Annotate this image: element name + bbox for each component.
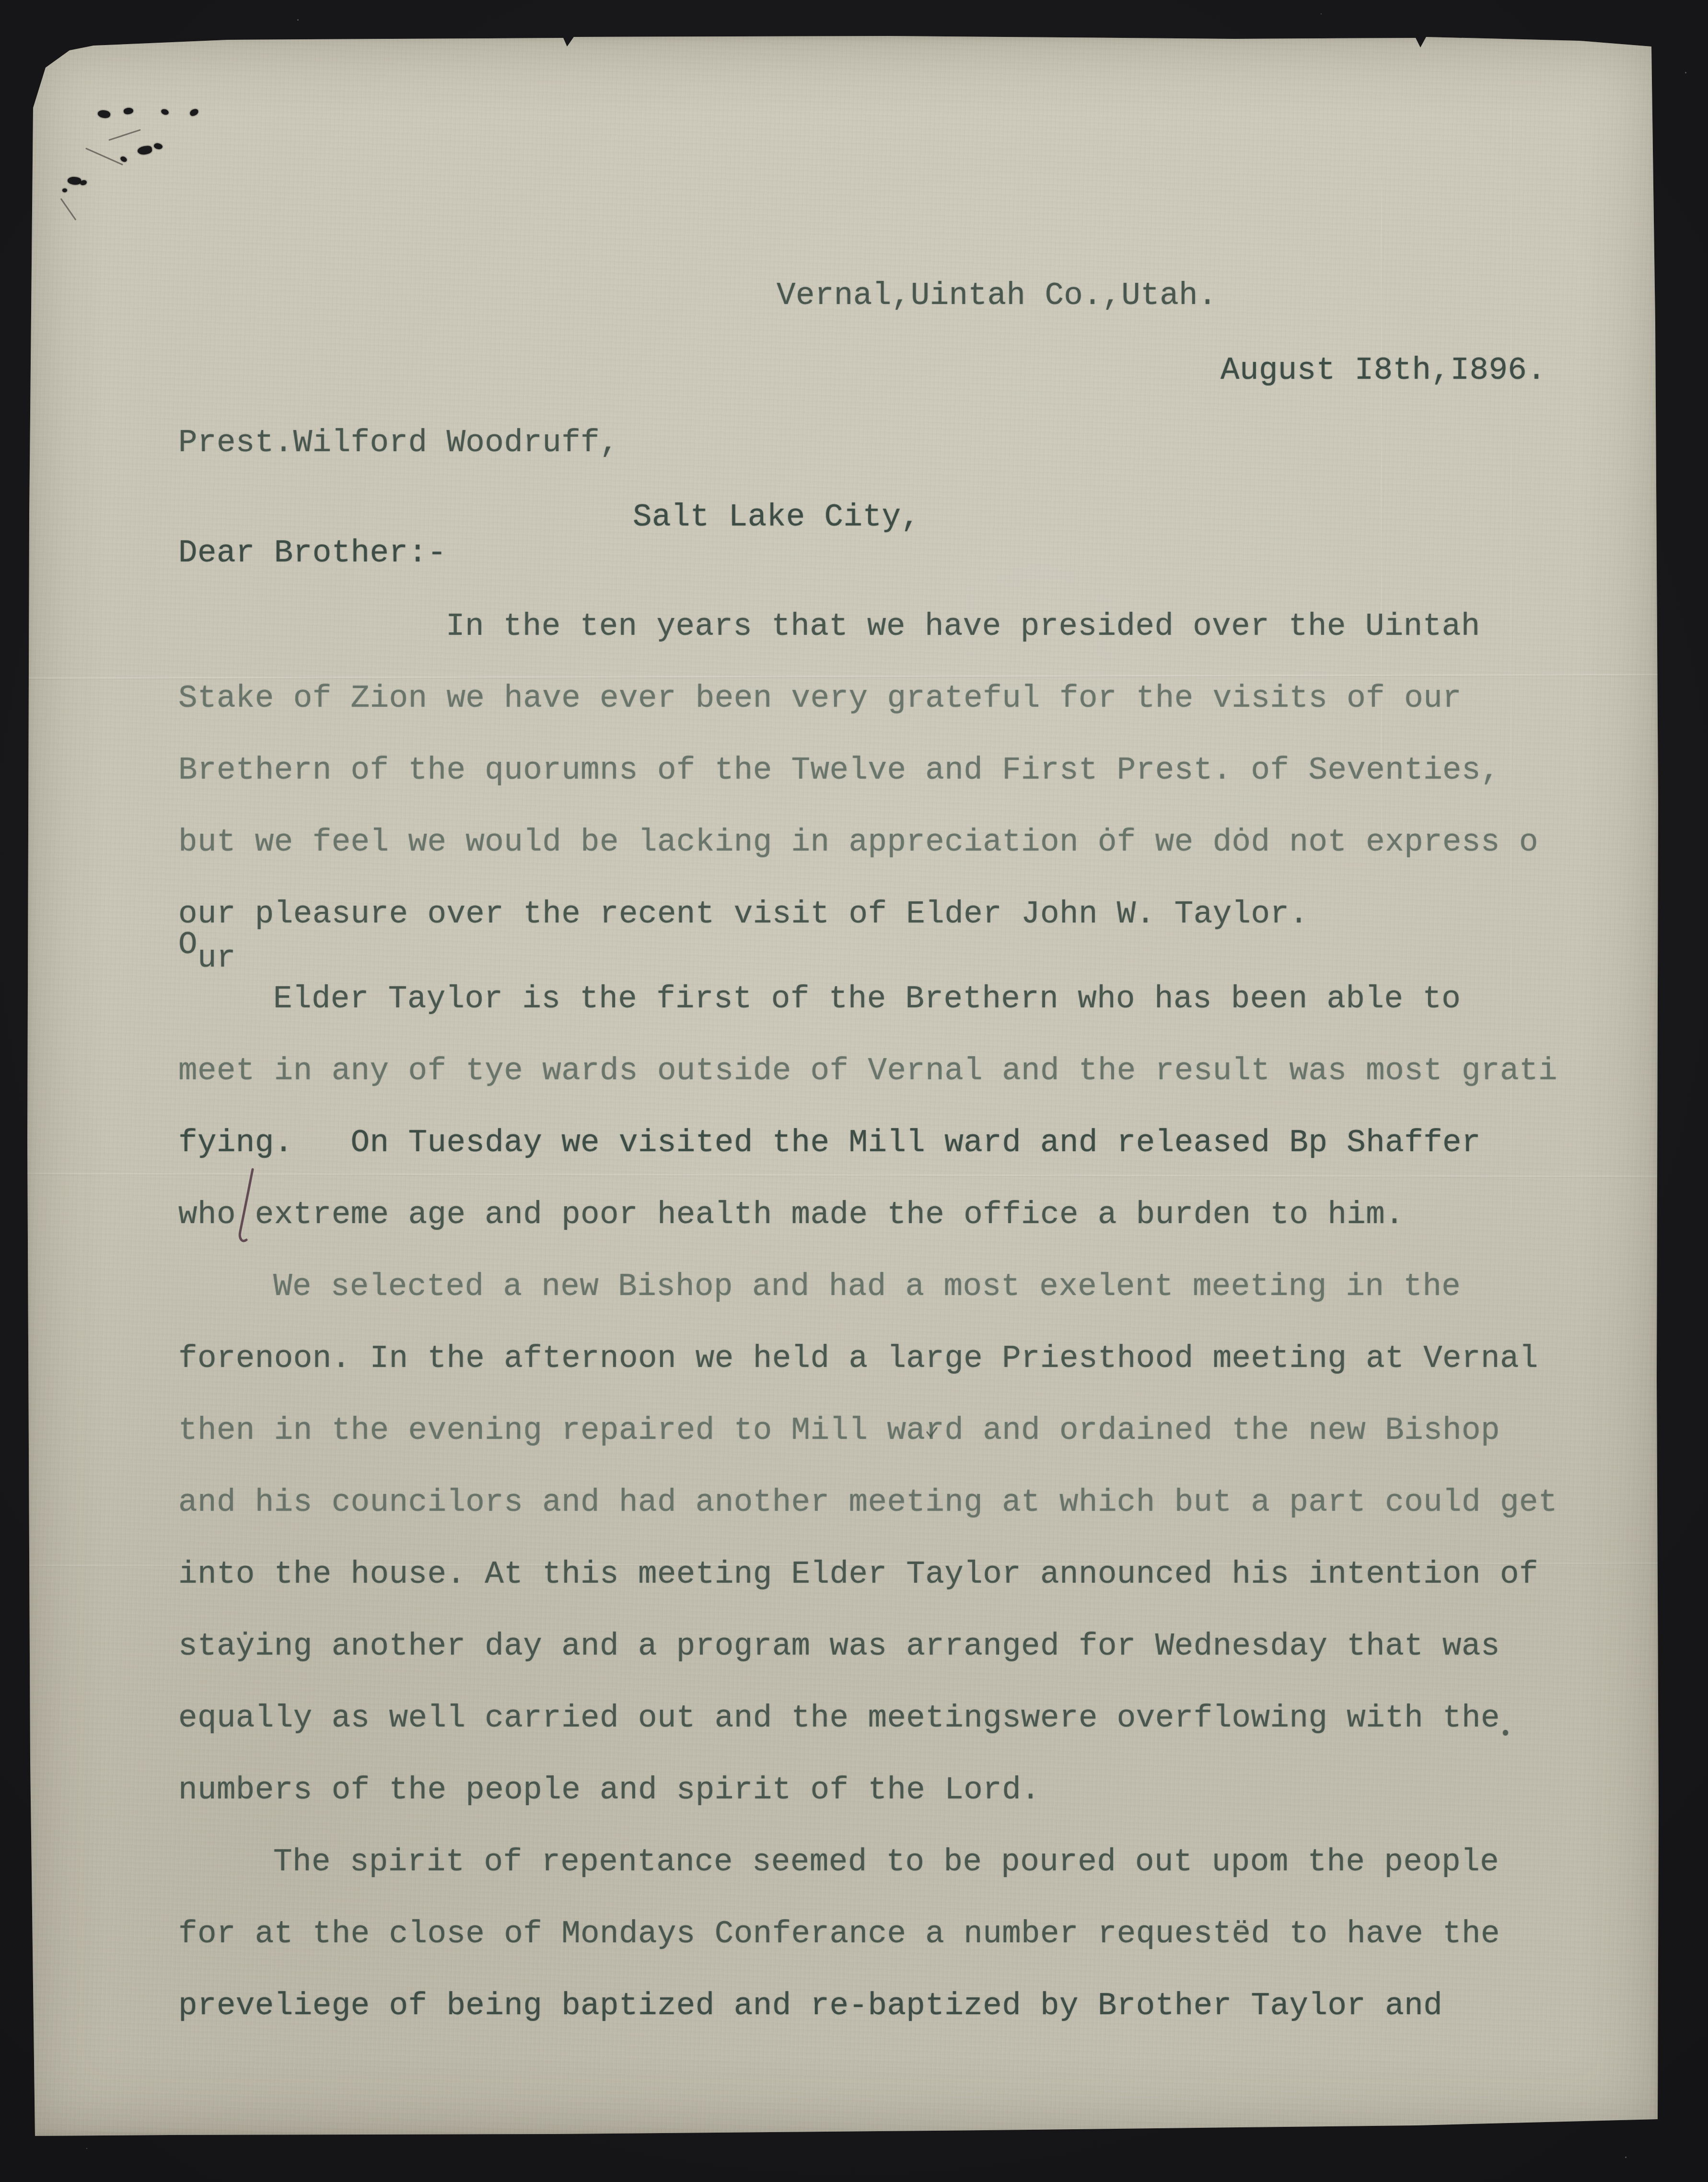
paper-crease (26, 1172, 1659, 1179)
body-line: meet in any of tye wards outside of Vern… (178, 1055, 1557, 1087)
body-line: into the house. At this meeting Elder Ta… (178, 1559, 1538, 1590)
paper-tear-hole (137, 145, 152, 155)
dust-speck (86, 2148, 87, 2149)
salutation-line: Dear Brother:- (178, 537, 446, 569)
body-line: and his councilors and had another meeti… (178, 1487, 1557, 1518)
raised-letter: O (178, 927, 198, 963)
body-line: Brethern of the quorumns of the Twelve a… (178, 755, 1500, 786)
dust-speck (1321, 13, 1322, 14)
body-line: fying. On Tuesday we visited the Mill wa… (178, 1127, 1481, 1159)
paper-crack (108, 129, 141, 140)
letter-paper: Vernal,Uintah Co.,Utah. August I8th,I896… (26, 36, 1659, 2136)
body-line: then in the evening repaired to Mill war… (178, 1415, 1500, 1447)
body-line: forenoon. In the afternoon we held a lar… (178, 1343, 1538, 1375)
paper-crack (60, 198, 76, 221)
paper-crease (1381, 180, 1383, 851)
paper-crease (26, 673, 1659, 680)
body-line: numbers of the people and spirit of the … (178, 1774, 1040, 1806)
body-line: equally as well carried out and the meet… (178, 1703, 1500, 1734)
paper-tear-hole (189, 108, 199, 117)
dust-speck (1625, 2157, 1627, 2158)
date-line: August I8th,I896. (1220, 355, 1546, 386)
body-line: but we feel we would be lacking in appre… (178, 827, 1538, 858)
paper-tear-hole (119, 155, 128, 163)
scanned-letter-background: Vernal,Uintah Co.,Utah. August I8th,I896… (0, 0, 1708, 2182)
paper-tear-hole (153, 142, 163, 150)
body-line: Stake of Zion we have ever been very gra… (178, 683, 1462, 714)
paper-tear-hole (123, 107, 134, 115)
paper-tear-hole (97, 109, 111, 119)
body-line: In the ten years that we have presided o… (446, 611, 1480, 642)
paper-crack (85, 148, 123, 165)
body-line: Elder Taylor is the first of the Brether… (273, 983, 1461, 1015)
paper-tear-hole (161, 108, 170, 116)
typed-correction-word: Our (178, 943, 236, 974)
body-line: our pleasure over the recent visit of El… (178, 898, 1308, 930)
body-line: We selected a new Bishop and had a most … (273, 1271, 1461, 1303)
body-line: preveliege of being baptized and re-bapt… (178, 1990, 1442, 2022)
dust-speck (297, 19, 299, 21)
dust-speck (1685, 72, 1686, 73)
paper-tear-hole (62, 188, 67, 192)
address-line: Salt Lake City, (633, 502, 920, 533)
recipient-line: Prest.Wilford Woodruff, (178, 427, 619, 459)
place-line: Vernal,Uintah Co.,Utah. (777, 280, 1217, 312)
paper-tear-hole (67, 176, 81, 186)
body-line: The spirit of repentance seemed to be po… (273, 1846, 1499, 1878)
body-line: who extreme age and poor health made the… (178, 1199, 1404, 1231)
body-line: for at the close of Mondays Conferance a… (178, 1918, 1500, 1950)
body-line: staẏing another day and a program was ar… (178, 1631, 1500, 1662)
correction-word-rest: ur (198, 940, 236, 976)
ink-dot (1503, 1730, 1508, 1736)
paper-crease (1510, 108, 1513, 1211)
